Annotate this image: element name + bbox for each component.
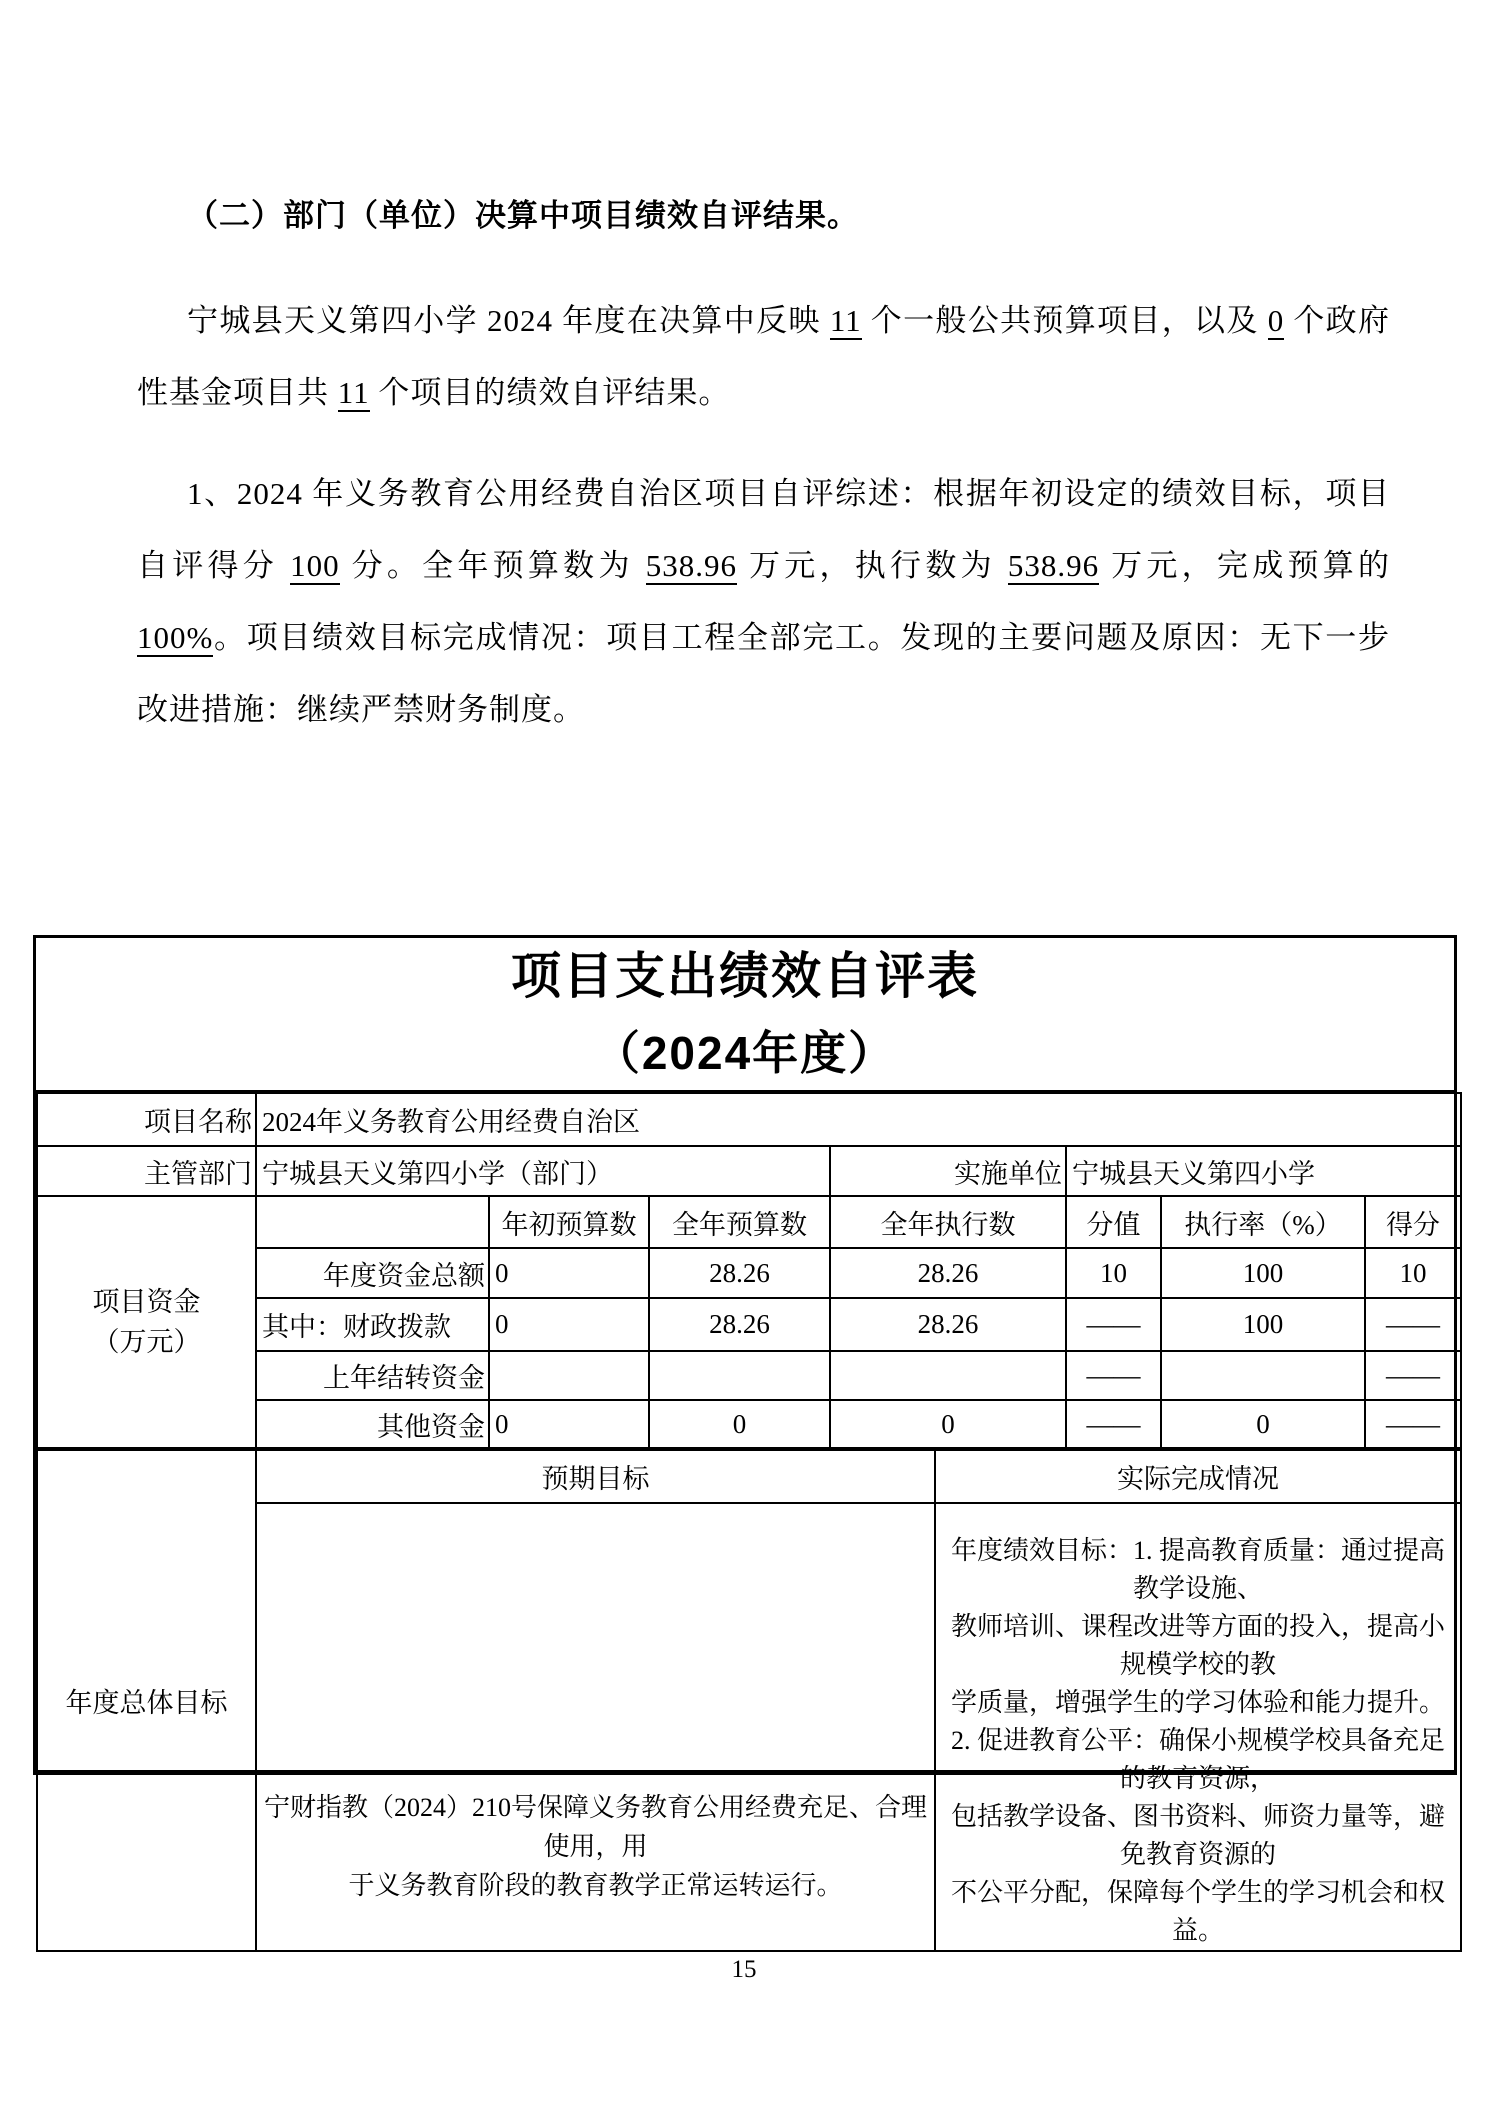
funds-cell: 28.26 [830,1298,1066,1351]
p2-underlined-budget: 538.96 [646,548,737,585]
row-project-name: 项目名称 2024年义务教育公用经费自治区 [37,1093,1461,1146]
funds-cell: 28.26 [830,1248,1066,1298]
p1-underlined-count-govfund: 0 [1268,303,1285,340]
unit-value: 宁城县天义第四小学 [1066,1146,1461,1196]
table-title-line2: （2024年度） [36,1028,1454,1078]
funds-header-score: 得分 [1365,1196,1461,1248]
p1-underlined-count-total: 11 [338,375,370,412]
table-main: 项目名称 2024年义务教育公用经费自治区 主管部门 宁城县天义第四小学（部门）… [36,1092,1462,1449]
actual-result-text: 年度绩效目标：1. 提高教育质量：通过提高教学设施、 教师培训、课程改进等方面的… [935,1503,1461,1951]
funds-row-label: 上年结转资金 [256,1351,489,1400]
row-departments: 主管部门 宁城县天义第四小学（部门） 实施单位 宁城县天义第四小学 [37,1146,1461,1196]
p1-text: 个项目的绩效自评结果。 [370,375,731,410]
p2-text: 万元，执行数为 [737,548,1008,583]
funds-cell: —— [1365,1400,1461,1448]
funds-cell [1161,1351,1365,1400]
funds-cell: 0 [489,1400,649,1448]
p2-underlined-executed: 538.96 [1008,548,1099,585]
funds-header-execution-rate: 执行率（%） [1161,1196,1365,1248]
project-name-label: 项目名称 [37,1093,256,1146]
funds-cell [830,1351,1066,1400]
p1-text: 个一般公共预算项目，以及 [862,303,1268,338]
funds-header-blank [256,1196,489,1248]
funds-cell: 100 [1161,1298,1365,1351]
expected-goal-header: 预期目标 [256,1450,935,1503]
table-title: 项目支出绩效自评表 （2024年度） [36,938,1454,1092]
funds-header-points: 分值 [1066,1196,1161,1248]
document-page: （二）部门（单位）决算中项目绩效自评结果。 宁城县天义第四小学 2024 年度在… [0,0,1488,2104]
funds-cell: —— [1365,1351,1461,1400]
dept-label: 主管部门 [37,1146,256,1196]
funds-row-label: 年度资金总额 [256,1248,489,1298]
self-eval-table: 项目支出绩效自评表 （2024年度） 项目名称 2024年义务教育公用经费自治区… [33,935,1457,1775]
row-funds-header: 项目资金 （万元） 年初预算数 全年预算数 全年执行数 分值 执行率（%） 得分 [37,1196,1461,1248]
row-goals-header: 年度总体目标 预期目标 实际完成情况 [37,1450,1461,1503]
project-name-value: 2024年义务教育公用经费自治区 [256,1093,1461,1146]
unit-label: 实施单位 [830,1146,1066,1196]
funds-label: 项目资金 （万元） [37,1196,256,1448]
funds-cell: 0 [489,1298,649,1351]
funds-cell: 100 [1161,1248,1365,1298]
funds-cell: —— [1365,1298,1461,1351]
funds-header-initial-budget: 年初预算数 [489,1196,649,1248]
body-paragraph-2: 1、2024 年义务教育公用经费自治区项目自评综述：根据年初设定的绩效目标，项目… [137,458,1390,746]
section-heading: （二）部门（单位）决算中项目绩效自评结果。 [137,196,1390,236]
funds-cell: —— [1066,1298,1161,1351]
p2-text: 分。全年预算数为 [340,548,646,583]
funds-cell: 0 [830,1400,1066,1448]
table-title-line1: 项目支出绩效自评表 [36,938,1454,1004]
funds-cell: 28.26 [649,1248,830,1298]
funds-header-annual-budget: 全年预算数 [649,1196,830,1248]
funds-cell [489,1351,649,1400]
funds-cell: —— [1066,1351,1161,1400]
funds-row-label: 其他资金 [256,1400,489,1448]
funds-cell: 10 [1365,1248,1461,1298]
funds-cell: 0 [1161,1400,1365,1448]
funds-row-label: 其中：财政拨款 [256,1298,489,1351]
dept-value: 宁城县天义第四小学（部门） [256,1146,830,1196]
actual-result-header: 实际完成情况 [935,1450,1461,1503]
p1-text: 宁城县天义第四小学 2024 年度在决算中反映 [187,303,830,338]
p2-text: 。项目绩效目标完成情况：项目工程全部完工。发现的主要问题及原因：无下一步改进措施… [137,620,1390,727]
funds-header-annual-executed: 全年执行数 [830,1196,1066,1248]
funds-cell: 28.26 [649,1298,830,1351]
funds-cell: 0 [649,1400,830,1448]
funds-cell: 0 [489,1248,649,1298]
funds-cell [649,1351,830,1400]
body-paragraph-1: 宁城县天义第四小学 2024 年度在决算中反映 11 个一般公共预算项目，以及 … [137,285,1390,429]
funds-cell: —— [1066,1400,1161,1448]
expected-goal-text: 宁财指教（2024）210号保障义务教育公用经费充足、合理使用，用 于义务教育阶… [256,1503,935,1951]
p2-underlined-score: 100 [290,548,340,585]
goals-label: 年度总体目标 [37,1450,256,1951]
p2-underlined-percent: 100% [137,620,213,657]
funds-cell: 10 [1066,1248,1161,1298]
p1-underlined-count-budget: 11 [830,303,862,340]
table-goals: 年度总体目标 预期目标 实际完成情况 宁财指教（2024）210号保障义务教育公… [36,1449,1462,1952]
p2-text: 万元，完成预算的 [1099,548,1390,583]
page-number: 15 [0,1956,1488,1984]
